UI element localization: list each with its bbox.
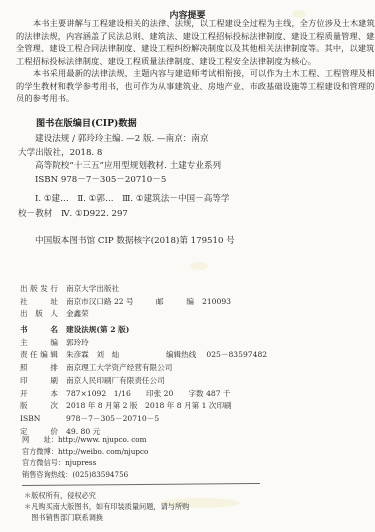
edition-label: 版 次: [20, 400, 58, 413]
responsible-editor-value: 朱彦霖 刘 灿: [66, 349, 166, 362]
hotline-label: 编辑热线: [166, 349, 196, 362]
publisher-person-row: 出版人 金鑫荣: [20, 308, 231, 321]
address-value: 南京市汉口路 22 号: [66, 296, 156, 309]
cip-entry: 建设法规 / 郭玲玲主编. —2 版. —南京：南京 大学出版社，2018. 8…: [18, 133, 221, 187]
paper-stain: [190, 262, 208, 270]
summary-line: 本书主要讲解与工程建设相关的法律、法规，以工程建设全过程为主线，全方位涉及土木建…: [16, 17, 364, 30]
printer-row: 印 刷 南京人民印刷厂有限责任公司: [20, 375, 232, 388]
weibo-line: 官方微博：http://weibo. com/njupco: [22, 446, 148, 458]
edition-value: 2018 年 8 月第 2 版 2018 年 8 月第 1 次印刷: [66, 400, 232, 413]
format-label: 开 本: [20, 388, 58, 401]
typesetting-value: 南京理工大学资产经营有限公司: [66, 362, 172, 375]
publisher-value: 南京大学出版社: [66, 283, 119, 296]
summary-paragraph-2: 本书采用最新的法律法规，主题内容与建造师考试相衔接，可以作为土木工程、工程管理及…: [16, 67, 364, 105]
printing-block: 照 排 南京理工大学资产经营有限公司 印 刷 南京人民印刷厂有限责任公司 开 本…: [20, 362, 232, 439]
cip-line: 建设法规 / 郭玲玲主编. —2 版. —南京：南京: [18, 133, 221, 147]
summary-line: 工程招标投标法律制度、建设工程质量法律制度、建设工程安全法律制度为核心。: [16, 55, 364, 68]
cip-line: 高等院校“十三五”应用型规划教材. 土建专业系列: [18, 160, 221, 174]
summary-line: 本书采用最新的法律法规，主题内容与建造师考试相衔接，可以作为土木工程、工程管理及…: [16, 67, 364, 80]
summary-line: 的学生教材和教学参考用书，也可作为从事建筑业、房地产业、市政基础设施等工程建设和…: [16, 80, 364, 93]
edition-row: 版 次 2018 年 8 月第 2 版 2018 年 8 月第 1 次印刷: [20, 400, 232, 413]
responsible-editor-row: 责任编辑 朱彦霖 刘 灿 编辑热线 025－83597482: [20, 349, 267, 362]
isbn-row: ISBN 978－7－305－20710－5: [20, 413, 232, 426]
divider: [22, 483, 260, 486]
editor-value: 郭玲玲: [66, 337, 89, 350]
printer-label: 印 刷: [20, 375, 58, 388]
summary-line: 员的参考用书。: [16, 92, 364, 105]
return-policy-note: ＊凡购买南大版图书，如有印装质量问题，请与所购: [24, 501, 189, 512]
summary-line: 的法律法规，内容涵盖了民法总则、建筑法、建设工程招标投标法律制度、建设工程质量管…: [16, 30, 364, 43]
publisher-person-value: 金鑫荣: [66, 308, 89, 321]
sales-hotline-line: 销售咨询热线：(025)83594756: [22, 469, 148, 481]
publisher-block: 出版发行 南京大学出版社 社 址 南京市汉口路 22 号 邮 编 210093 …: [20, 283, 231, 321]
typesetting-label: 照 排: [20, 362, 58, 375]
book-title-label: 书 名: [20, 324, 58, 337]
book-title-row: 书 名 建设法规(第 2 版): [20, 324, 267, 337]
copyright-note: ＊版权所有，侵权必究: [24, 490, 189, 501]
editor-row: 主 编 郭玲玲: [20, 337, 267, 350]
cip-isbn: ISBN 978－7－305－20710－5: [18, 174, 221, 188]
cip-line: Ⅰ. ①建… Ⅱ. ①郭… Ⅲ. ①建筑法－中国－高等学: [18, 192, 230, 207]
copyright-page: 内容提要 本书主要讲解与工程建设相关的法律、法规，以工程建设全过程为主线，全方位…: [0, 0, 375, 532]
return-policy-note-cont: 图书销售部门联系调换: [24, 512, 189, 523]
book-title-value: 建设法规(第 2 版): [66, 324, 129, 337]
cip-line: 大学出版社，2018. 8: [18, 147, 221, 161]
isbn-label: ISBN: [20, 413, 58, 426]
cip-classification: Ⅰ. ①建… Ⅱ. ①郭… Ⅲ. ①建筑法－中国－高等学 校－教材 Ⅳ. ①D9…: [18, 192, 230, 222]
summary-paragraph-1: 本书主要讲解与工程建设相关的法律、法规，以工程建设全过程为主线，全方位涉及土木建…: [16, 17, 364, 67]
publisher-label: 出版发行: [20, 283, 58, 296]
isbn-value: 978－7－305－20710－5: [66, 413, 159, 426]
wechat-line: 官方微信号：njupress: [22, 457, 148, 469]
typesetting-row: 照 排 南京理工大学资产经营有限公司: [20, 362, 232, 375]
printer-value: 南京人民印刷厂有限责任公司: [66, 375, 165, 388]
format-value: 787×1092 1/16 印张 20 字数 487 千: [66, 388, 231, 401]
cip-record: 中国版本图书馆 CIP 数据核字(2018)第 179510 号: [35, 234, 235, 246]
publisher-person-label: 出版人: [20, 308, 58, 321]
notes-block: ＊版权所有，侵权必究 ＊凡购买南大版图书，如有印装质量问题，请与所购 图书销售部…: [24, 490, 189, 523]
cip-line: 校－教材 Ⅳ. ①D922. 297: [18, 207, 230, 222]
format-row: 开 本 787×1092 1/16 印张 20 字数 487 千: [20, 388, 232, 401]
book-block: 书 名 建设法规(第 2 版) 主 编 郭玲玲 责任编辑 朱彦霖 刘 灿 编辑热…: [20, 324, 267, 362]
postcode-value: 210093: [202, 296, 231, 309]
contact-block: 网 址：http://www. njupco. com 官方微博：http://…: [22, 434, 148, 480]
publisher-row: 出版发行 南京大学出版社: [20, 283, 231, 296]
address-label: 社 址: [20, 296, 58, 309]
cip-title: 图书在版编目(CIP)数据: [36, 115, 137, 129]
editor-label: 主 编: [20, 337, 58, 350]
website-line: 网 址：http://www. njupco. com: [22, 434, 148, 446]
address-row: 社 址 南京市汉口路 22 号 邮 编 210093: [20, 296, 231, 309]
hotline-value: 025－83597482: [206, 349, 267, 362]
responsible-editor-label: 责任编辑: [20, 349, 58, 362]
postcode-label: 邮 编: [156, 296, 194, 309]
summary-line: 全管理、建设工程合同法律制度、建设工程纠纷解决制度以及其他相关法律制度等。其中，…: [16, 42, 364, 55]
